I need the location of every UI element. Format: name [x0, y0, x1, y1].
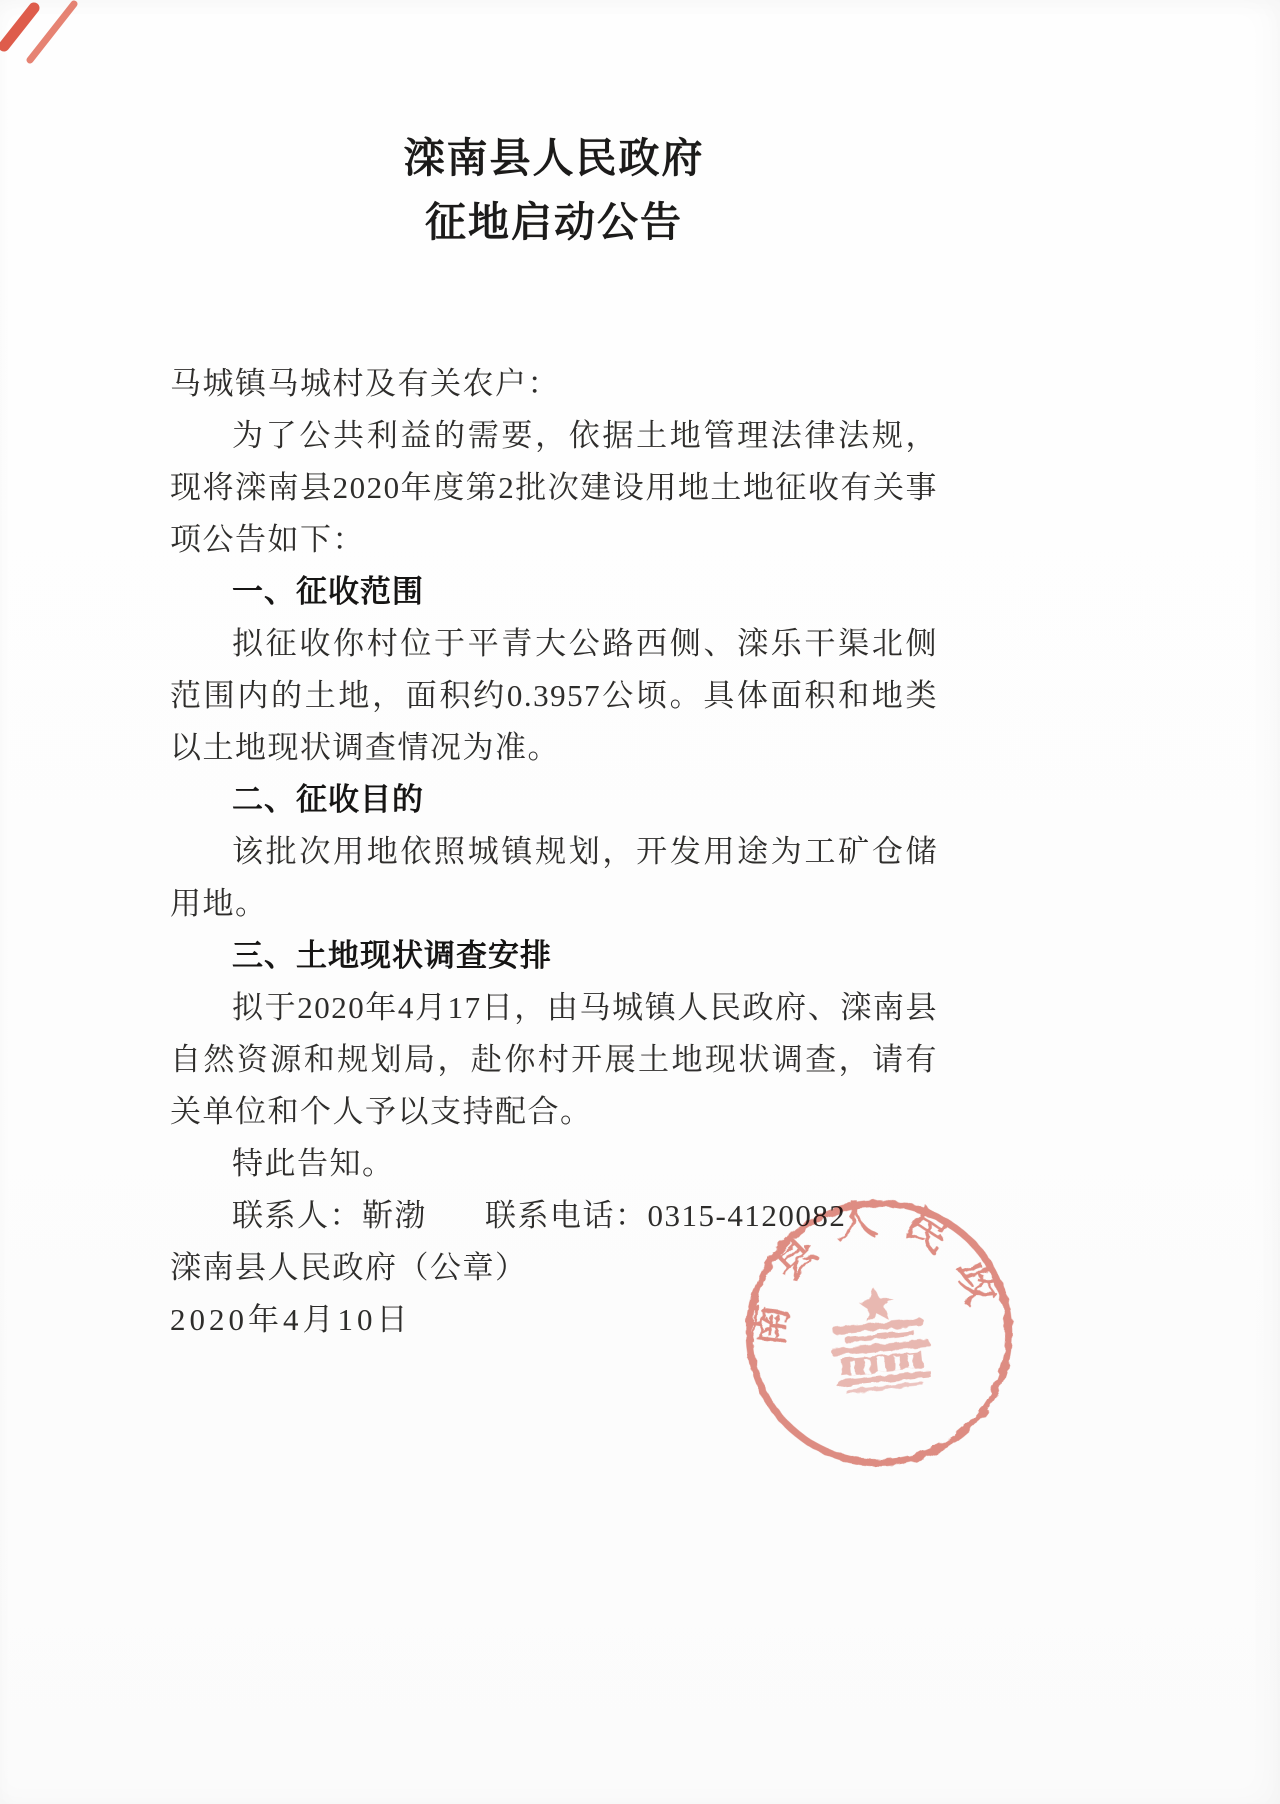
closing-line: 特此告知。: [170, 1138, 938, 1190]
section-1-heading: 一、征收范围: [170, 566, 938, 618]
salutation: 马城镇马城村及有关农户：: [170, 358, 938, 410]
document-title: 滦南县人民政府 征地启动公告: [170, 126, 938, 254]
scanned-document-page: 滦南县人民政府 征地启动公告 马城镇马城村及有关农户： 为了公共利益的需要，依据…: [0, 0, 1280, 1804]
section-2-heading: 二、征收目的: [170, 774, 938, 826]
corner-pen-mark-icon: [0, 0, 95, 75]
contact-person-label: 联系人：: [232, 1198, 362, 1233]
title-line-2: 征地启动公告: [170, 190, 938, 254]
intro-paragraph: 为了公共利益的需要，依据土地管理法律法规，现将滦南县2020年度第2批次建设用地…: [170, 410, 938, 566]
section-2-text: 该批次用地依照城镇规划，开发用途为工矿仓储用地。: [170, 826, 938, 930]
seal-curved-text: 滦南县人民政府: [736, 1190, 1014, 1358]
section-3-text: 拟于2020年4月17日，由马城镇人民政府、滦南县自然资源和规划局，赴你村开展土…: [170, 982, 938, 1138]
contact-person-name: 靳渤: [362, 1198, 427, 1233]
section-3-heading: 三、土地现状调查安排: [170, 930, 938, 982]
contact-phone-label: 联系电话：: [485, 1198, 648, 1233]
official-seal: 滦南县人民政府: [736, 1190, 1022, 1476]
title-line-1: 滦南县人民政府: [170, 126, 938, 190]
section-1-text: 拟征收你村位于平青大公路西侧、滦乐干渠北侧范围内的土地，面积约0.3957公顷。…: [170, 618, 938, 774]
seal-emblem-icon: [826, 1283, 934, 1395]
